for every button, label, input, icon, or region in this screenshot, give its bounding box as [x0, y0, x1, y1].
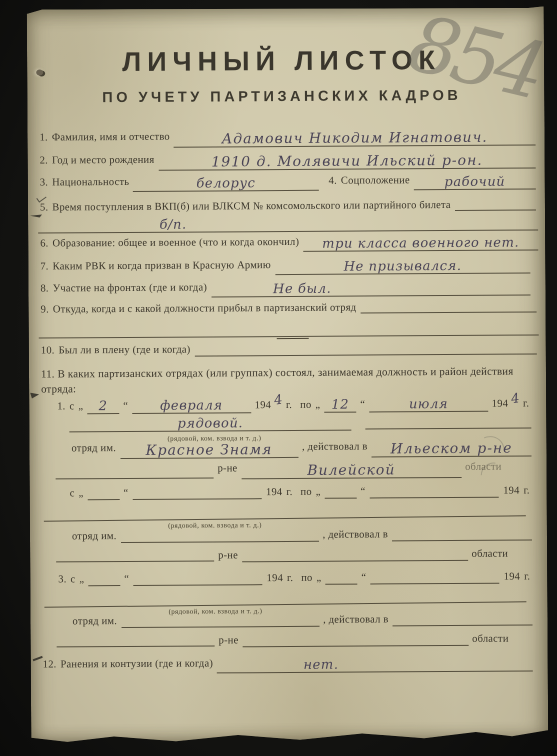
- field-number: 8.: [40, 283, 48, 294]
- field-label: Каким РВК и когда призван в Красную Арми…: [53, 260, 271, 272]
- field-value-birth: 1910 д. Молявичи Ильский р-он.: [158, 153, 535, 170]
- field-label: Был ли в плену (где и когда): [59, 345, 191, 357]
- rank-value: рядовой.: [69, 417, 351, 433]
- field-number: 6.: [40, 238, 48, 249]
- stray-dash-above-line: [277, 338, 309, 339]
- printed-word: г.: [524, 572, 530, 583]
- day-to: 12: [324, 399, 356, 413]
- field-row-11: 11. В каких партизанских отрядах (или гр…: [41, 364, 541, 397]
- field-label: Время поступления в ВКП(б) или ВЛКСМ № к…: [52, 200, 451, 213]
- month-from: [132, 488, 262, 500]
- field-row-2: 2. Год и место рождения 1910 д. Молявичи…: [40, 152, 536, 170]
- field-row-6: 6. Образование: общее и военное (что и к…: [40, 235, 538, 252]
- field-label: В каких партизанских отрядах (или группа…: [41, 366, 513, 396]
- printed-quote: „: [316, 573, 321, 584]
- oblast-value: [242, 635, 468, 647]
- field-row-5: 5. Время поступления в ВКП(б) или ВЛКСМ …: [40, 199, 536, 213]
- field-value-rvk: Не призывался.: [275, 260, 530, 276]
- printed-word: р-не: [218, 463, 238, 474]
- document-paper: ЛИЧНЫЙ ЛИСТОК ПО УЧЕТУ ПАРТИЗАНСКИХ КАДР…: [27, 6, 548, 743]
- field-number: 7.: [40, 261, 48, 272]
- acted-in: Ильеском р-не: [371, 442, 531, 458]
- entry-number: 3.: [58, 574, 66, 585]
- field-label: Участие на фронтах (где и когда): [53, 282, 207, 294]
- field-label: Национальность: [52, 177, 129, 188]
- printed-year: 194: [503, 486, 519, 497]
- month-to: июля: [369, 398, 488, 413]
- printed-word: г.: [524, 486, 530, 497]
- printed-quote: “: [123, 401, 128, 412]
- field-value-nationality: белорус: [133, 177, 318, 192]
- field-row-5-value: б/п.: [38, 215, 538, 232]
- field-label: Откуда, когда и с какой должности прибыл…: [53, 303, 356, 316]
- field-value-fronts: Не был.: [211, 282, 531, 298]
- field-value-education: три класса военного нет.: [303, 236, 538, 251]
- field-number: 1.: [40, 132, 48, 143]
- service-entry-1-dates: 1. с „ 2 “ февраля 194 4 г. по „ 12 “ ию…: [57, 397, 529, 414]
- field-number: 5.: [40, 202, 48, 213]
- printed-word: г.: [286, 400, 292, 411]
- field-number: 3.: [40, 177, 48, 188]
- printed-word: , действовал в: [302, 442, 368, 453]
- service-entry-3-otryad: отряд им. , действовал в: [72, 614, 532, 628]
- printed-quote: “: [361, 573, 366, 584]
- field-row-8: 8. Участие на фронтах (где и когда) Не б…: [40, 281, 530, 298]
- printed-word: отряд им.: [71, 443, 116, 454]
- month-from: [133, 574, 263, 586]
- printed-quote: „: [315, 400, 320, 411]
- oblast-value: Вилейской: [241, 463, 461, 479]
- printed-word: по: [300, 487, 311, 498]
- otryad-name: [121, 531, 319, 543]
- printed-word: с: [70, 574, 75, 585]
- day-from: [88, 575, 120, 586]
- printed-quote: „: [316, 487, 321, 498]
- printed-year: 194: [492, 399, 508, 410]
- month-from: февраля: [132, 399, 251, 414]
- printed-year: 194: [255, 400, 271, 411]
- printed-year: 194: [504, 572, 520, 583]
- service-entry-1-oblast: р-не Вилейской области: [56, 462, 502, 480]
- printed-year: 194: [267, 573, 283, 584]
- entry-number: 1.: [57, 401, 65, 412]
- printed-word: по: [301, 573, 312, 584]
- field-value-name: Адамович Никодим Игнатович.: [174, 130, 536, 147]
- field-value-captivity: [194, 343, 536, 356]
- printed-word: области: [472, 634, 509, 645]
- field-label: Фамилия, имя и отчество: [52, 132, 170, 144]
- month-to: [370, 573, 500, 585]
- printed-quote: “: [360, 400, 365, 411]
- printed-word: , действовал в: [323, 614, 389, 625]
- service-entry-3-dates: 3. с „ “ 194 г. по „ “ 194 г.: [58, 572, 530, 586]
- field-number: 11.: [41, 368, 55, 380]
- service-entry-2-oblast: р-не области: [56, 549, 508, 563]
- field-row-9: 9. Откуда, когда и с какой должности при…: [41, 301, 537, 315]
- printed-year: 194: [266, 487, 282, 498]
- printed-word: отряд им.: [72, 531, 117, 542]
- field-value-wounds: нет.: [217, 658, 533, 674]
- field-row-7: 7. Каким РВК и когда призван в Красную А…: [40, 259, 530, 276]
- field-value-social: рабочий: [414, 175, 536, 190]
- service-entry-3-oblast: р-не области: [57, 634, 509, 648]
- printed-word: с: [69, 401, 74, 412]
- field-number: 9.: [41, 304, 49, 315]
- pencil-dash-mark: [33, 656, 43, 661]
- blank-line: [455, 199, 536, 210]
- field-number: 2.: [40, 155, 48, 166]
- printed-quote: „: [79, 574, 84, 585]
- pencil-triangle-mark: [30, 393, 39, 399]
- printed-quote: “: [123, 488, 128, 499]
- rank-hint: (рядовой, ком. взвода и т. д.): [90, 521, 340, 531]
- field-row-3-4: 3. Национальность белорус 4. Соцположени…: [40, 174, 536, 191]
- printed-quote: “: [361, 487, 366, 498]
- blank-line: [56, 463, 214, 479]
- service-entry-1-otryad: отряд им. Красное Знамя , действовал в И…: [71, 441, 531, 459]
- month-to: [370, 487, 500, 499]
- field-label: Соцположение: [341, 175, 410, 186]
- field-number: 10.: [41, 345, 55, 356]
- printed-word: , действовал в: [323, 529, 389, 540]
- acted-in: [393, 615, 533, 627]
- oblast-value: [242, 550, 468, 562]
- blank-line: [360, 301, 536, 313]
- acted-in: [392, 530, 532, 542]
- blank-line: [57, 635, 215, 647]
- field-label: Ранения и контузии (где и когда): [60, 658, 213, 670]
- service-entry-1-rank: рядовой.: [69, 415, 531, 432]
- field-row-10: 10. Был ли в плену (где и когда): [41, 342, 537, 356]
- printed-word: с: [70, 488, 75, 499]
- paper-hole: [36, 69, 43, 75]
- printed-quote: “: [124, 574, 129, 585]
- day-to: [325, 574, 357, 585]
- service-entry-2-otryad: отряд им. , действовал в: [72, 529, 532, 543]
- field-number: 4.: [329, 176, 337, 187]
- printed-word: р-не: [218, 550, 238, 561]
- pencil-check-mark: [36, 193, 46, 202]
- scanned-document-page: { "scan": { "pencil_number": "854" }, "h…: [0, 0, 557, 756]
- printed-word: области: [472, 549, 509, 560]
- field-label: Образование: общее и военное (что и когд…: [52, 237, 299, 250]
- blank-line: [56, 550, 214, 562]
- service-entry-2-dates: с „ “ 194 г. по „ “ 194 г.: [66, 486, 530, 500]
- field-row-12: 12. Ранения и контузии (где и когда) нет…: [43, 657, 533, 674]
- otryad-name: Красное Знамя: [120, 443, 298, 459]
- day-from: [87, 489, 119, 500]
- pencil-arrow-mark: [30, 214, 42, 217]
- printed-word: отряд им.: [72, 616, 117, 627]
- printed-word: г.: [286, 487, 292, 498]
- field-row-1: 1. Фамилия, имя и отчество Адамович Нико…: [40, 129, 536, 147]
- printed-word: области: [465, 462, 502, 473]
- year-from-digit: 4: [273, 393, 284, 407]
- otryad-name: [121, 616, 319, 628]
- printed-word: г.: [523, 399, 529, 410]
- day-from: 2: [87, 400, 119, 414]
- printed-word: по: [300, 400, 311, 411]
- printed-quote: „: [78, 401, 83, 412]
- printed-word: г.: [287, 573, 293, 584]
- year-to-digit: 4: [510, 392, 521, 406]
- blank-line: [365, 415, 531, 430]
- field-label: Год и место рождения: [52, 155, 155, 167]
- field-value-party: б/п.: [38, 216, 538, 233]
- field-number: 12.: [43, 659, 57, 670]
- printed-quote: „: [79, 488, 84, 499]
- day-to: [325, 488, 357, 499]
- printed-word: р-не: [219, 635, 239, 646]
